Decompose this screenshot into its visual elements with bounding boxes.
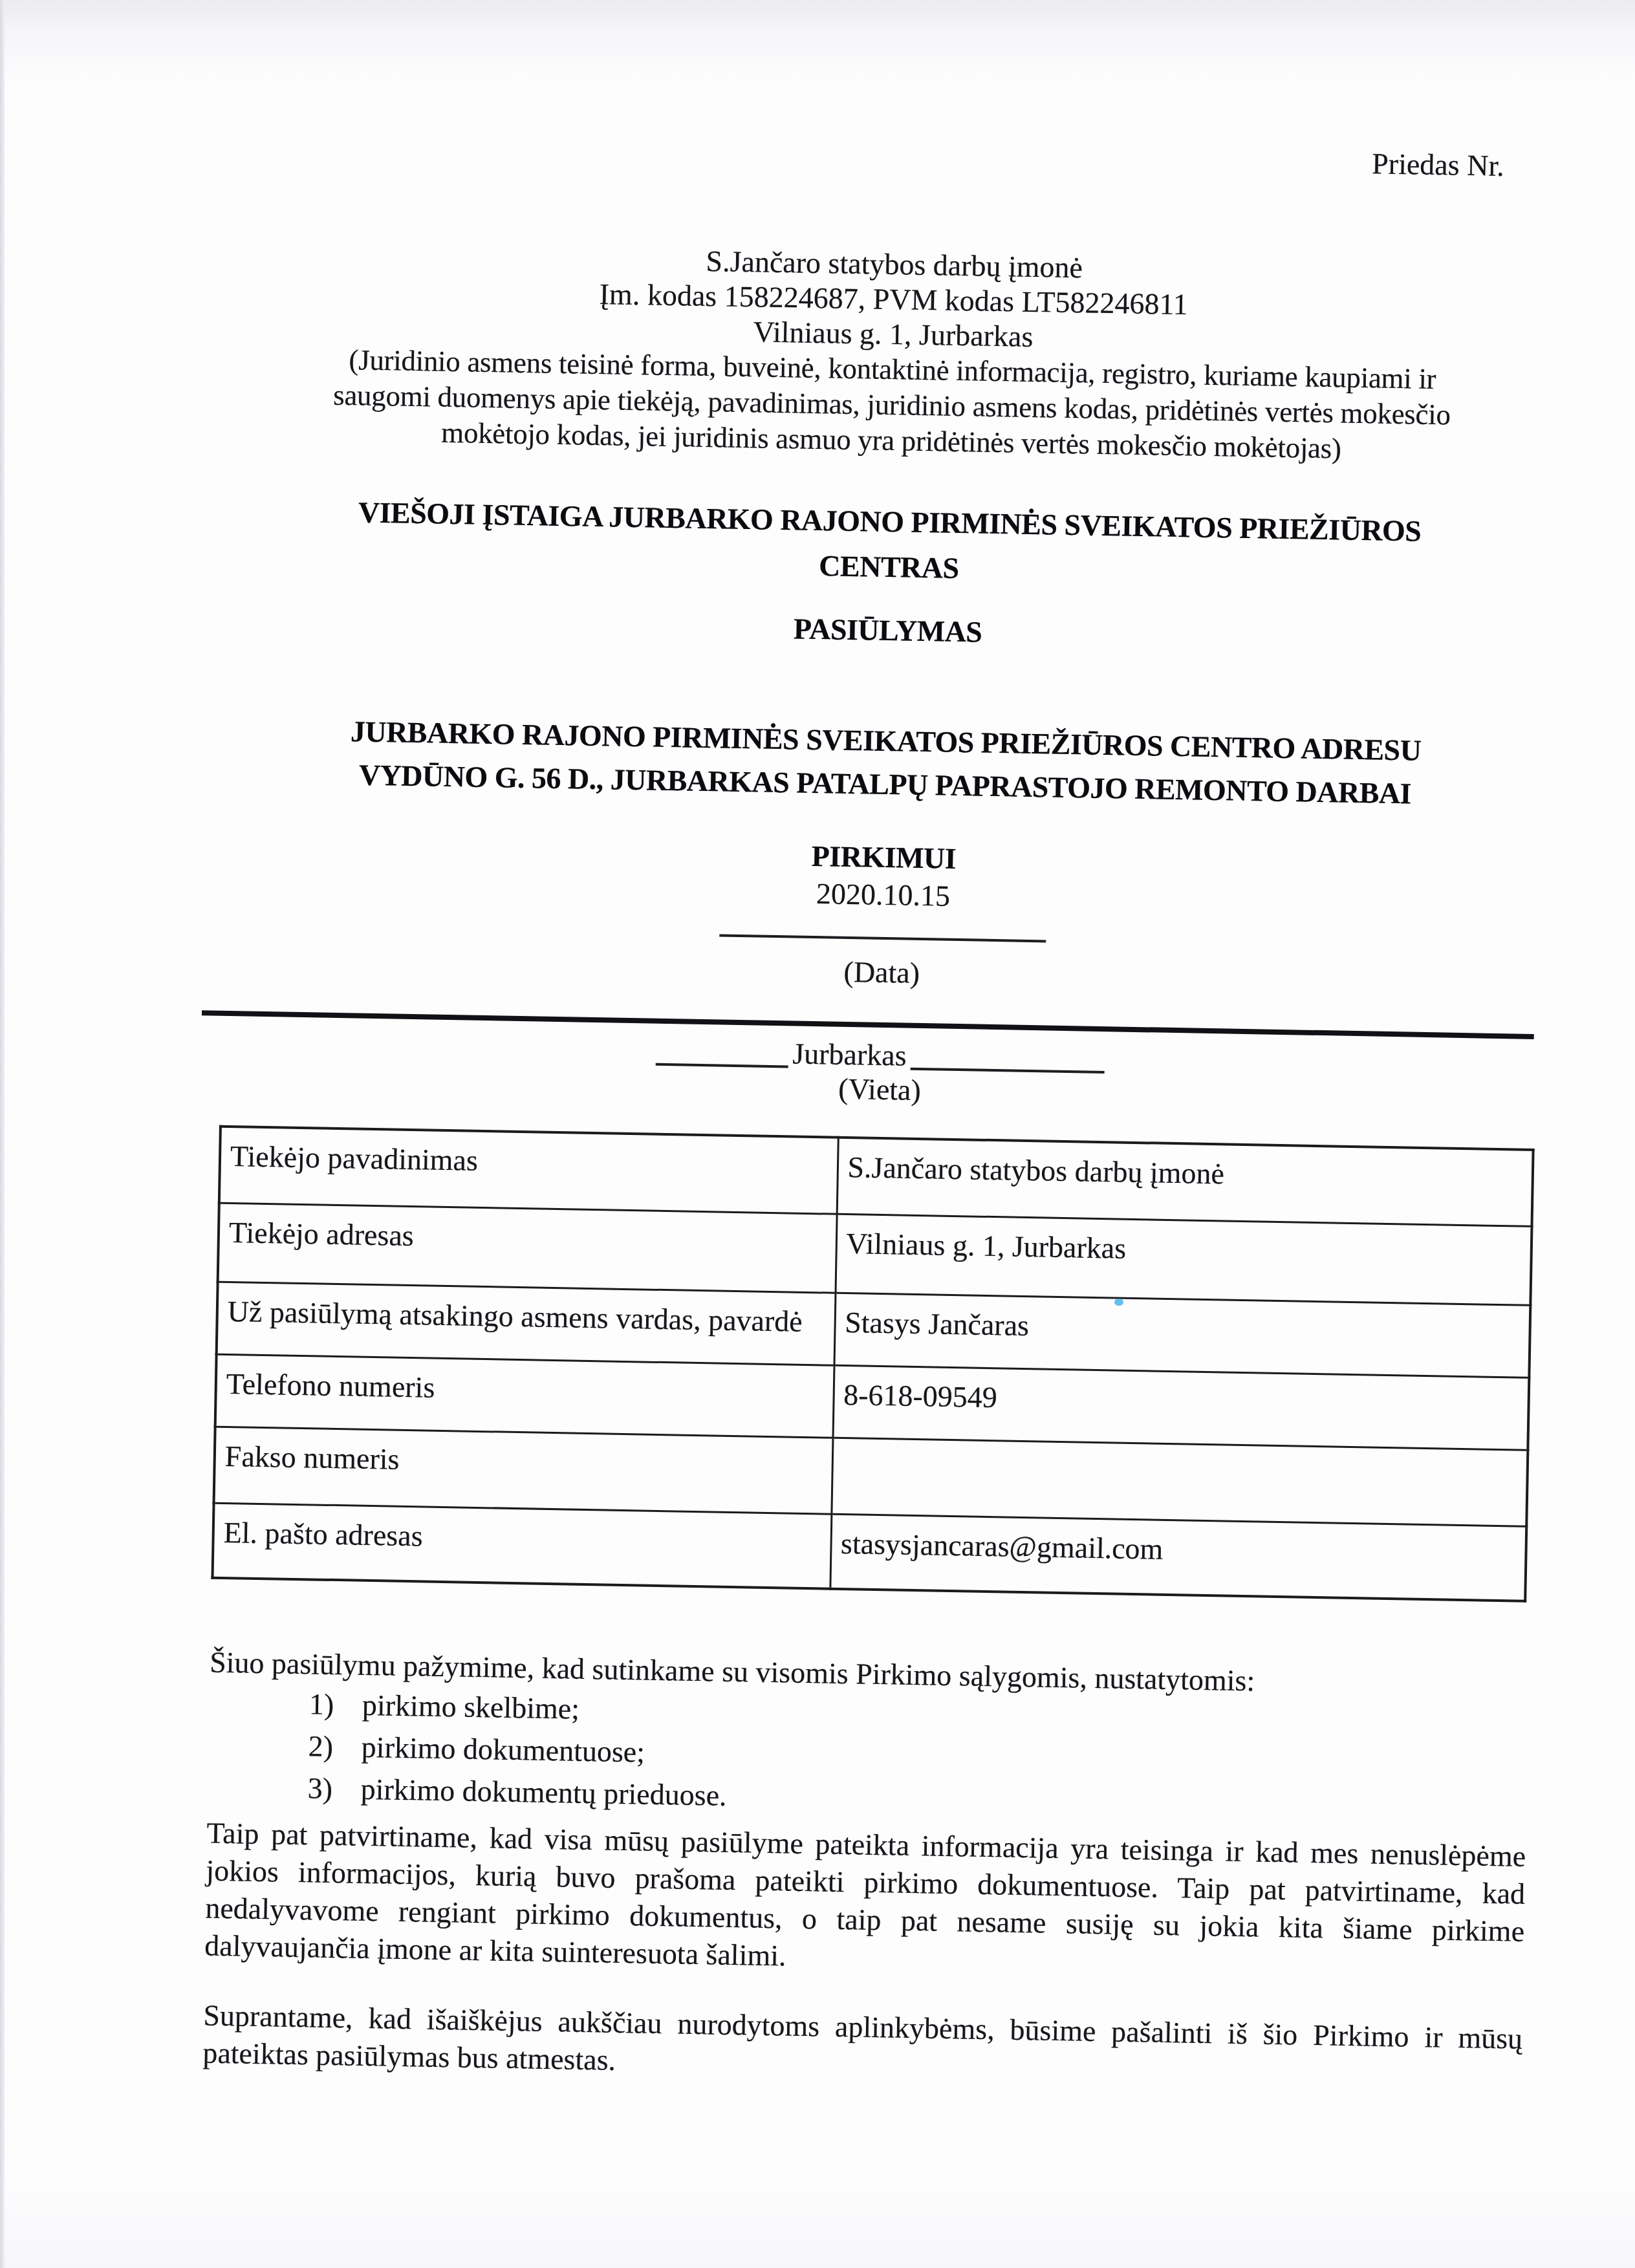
document-type-title: PASIŪLYMAS xyxy=(228,601,1548,660)
item-marker: 2) xyxy=(308,1725,362,1767)
agreement-list: 1)pirkimo skelbime; 2)pirkimo dokumentuo… xyxy=(207,1681,1528,1831)
row-value: S.Jančaro statybos darbų įmonė xyxy=(837,1138,1533,1226)
item-text: pirkimo dokumentų prieduose. xyxy=(360,1773,727,1812)
date-underline xyxy=(719,934,1046,942)
row-label: Fakso numeris xyxy=(214,1427,833,1514)
item-marker: 3) xyxy=(307,1767,361,1809)
supplier-details-table: Tiekėjo pavadinimas S.Jančaro statybos d… xyxy=(211,1125,1534,1603)
row-label: Tiekėjo adresas xyxy=(218,1203,837,1293)
scanned-page: Priedas Nr. S.Jančaro statybos darbų įmo… xyxy=(0,0,1635,2268)
item-marker: 1) xyxy=(309,1683,362,1725)
row-label: Tiekėjo pavadinimas xyxy=(219,1127,838,1214)
subject-title: JURBARKO RAJONO PIRMINĖS SVEIKATOS PRIEŽ… xyxy=(225,707,1546,817)
removal-paragraph: Suprantame, kad išaiškėjus aukščiau nuro… xyxy=(202,1997,1523,2095)
date-caption: (Data) xyxy=(222,943,1542,1002)
row-value xyxy=(831,1438,1528,1526)
row-value: Vilniaus g. 1, Jurbarkas xyxy=(836,1214,1532,1305)
row-label: Telefono numeris xyxy=(215,1354,834,1438)
annex-number-label: Priedas Nr. xyxy=(236,125,1556,185)
place-value: Jurbarkas xyxy=(792,1037,907,1072)
recipient-title: VIEŠOJI ĮSTAIGA JURBARKO RAJONO PIRMINĖS… xyxy=(229,488,1550,601)
ink-speck xyxy=(1114,1299,1123,1306)
row-value: Stasys Jančaras xyxy=(834,1293,1531,1377)
page-sheet: Priedas Nr. S.Jančaro statybos darbų įmo… xyxy=(202,107,1557,2095)
row-value: stasysjancaras@gmail.com xyxy=(830,1514,1526,1601)
item-text: pirkimo skelbime; xyxy=(362,1689,580,1725)
confirmation-paragraph: Taip pat patvirtiname, kad visa mūsų pas… xyxy=(204,1815,1526,1988)
row-label: El. pašto adresas xyxy=(213,1503,832,1589)
place-underline-left xyxy=(656,1057,788,1068)
supplier-note: (Juridinio asmens teisinė forma, buveinė… xyxy=(232,340,1553,470)
row-value: 8-618-09549 xyxy=(833,1365,1530,1450)
place-underline-right xyxy=(910,1061,1104,1074)
item-text: pirkimo dokumentuose; xyxy=(361,1731,645,1769)
row-label: Už pasiūlymą atsakingo asmens vardas, pa… xyxy=(217,1282,836,1365)
